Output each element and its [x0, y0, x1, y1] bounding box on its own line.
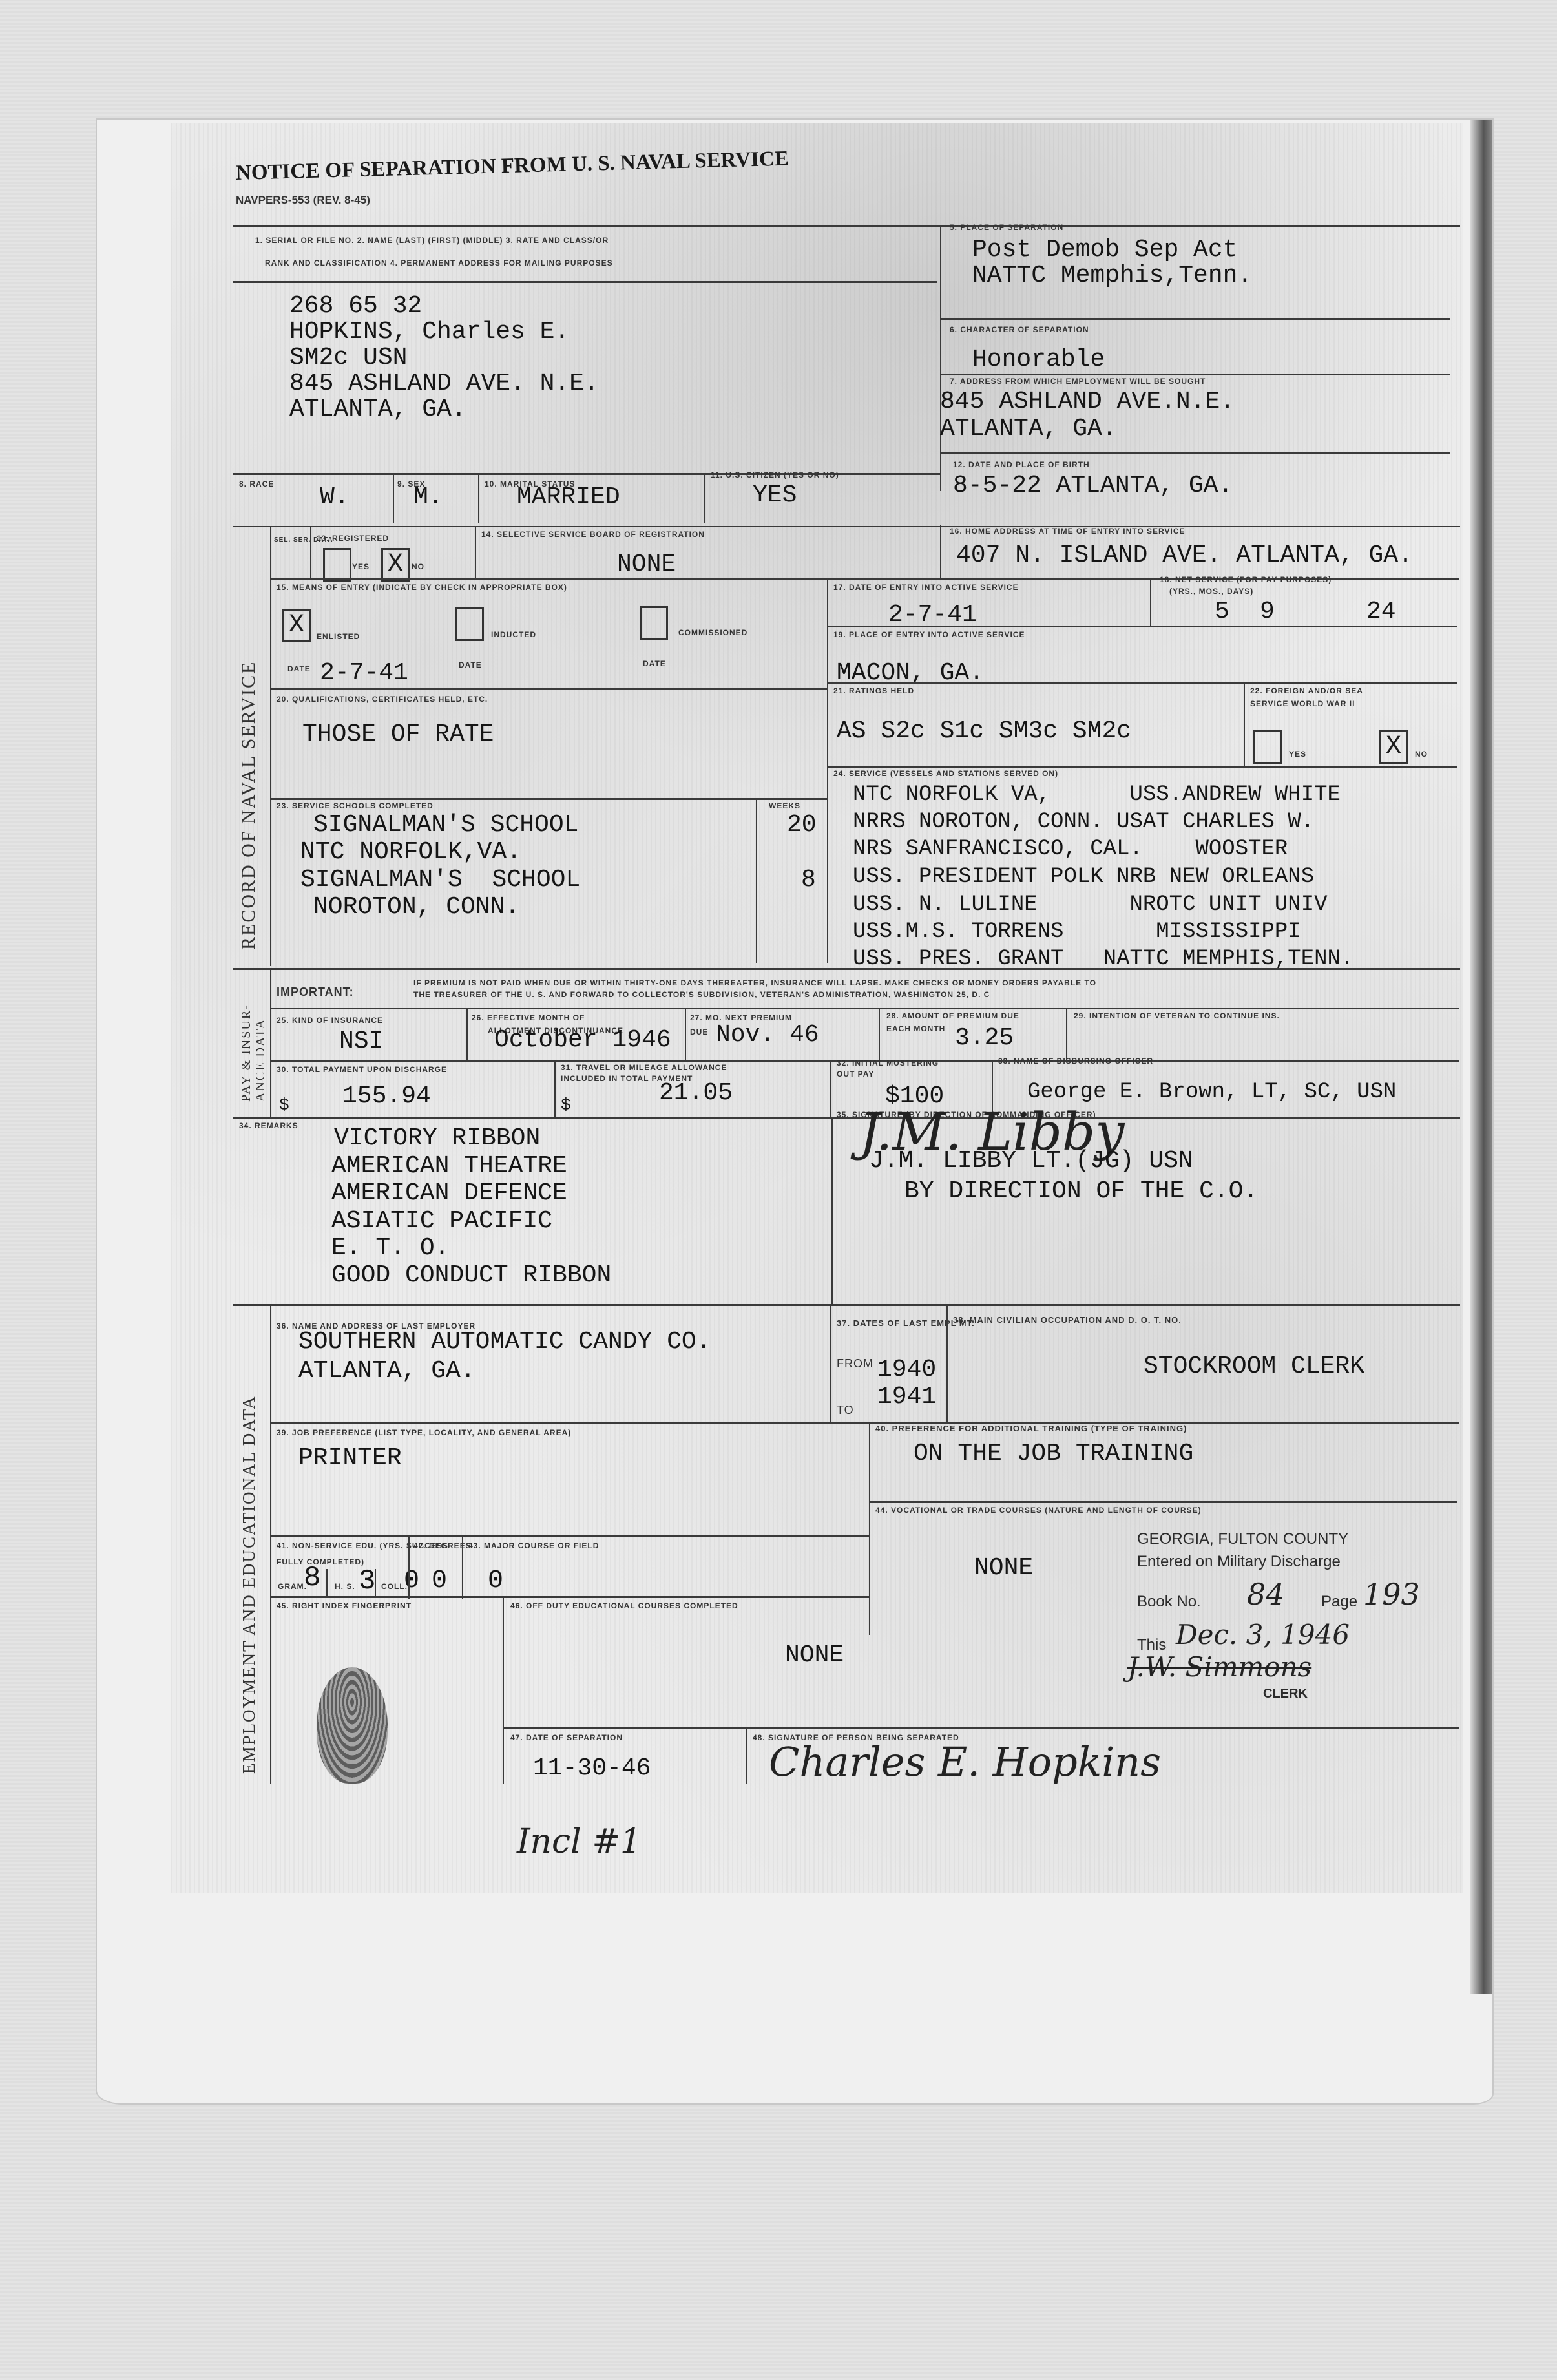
divider	[270, 1535, 869, 1537]
remark-3: AMERICAN DEFENCE	[331, 1179, 567, 1208]
label-job-preference: 39. JOB PREFERENCE (LIST TYPE, LOCALITY,…	[277, 1428, 571, 1437]
section-label-naval-service: RECORD OF NAVAL SERVICE	[238, 661, 260, 950]
mailing-address-line2: ATLANTA, GA.	[289, 395, 466, 424]
form-number: NAVPERS-553 (REV. 8-45)	[236, 194, 370, 207]
divider	[233, 968, 1460, 973]
fingerprint-image	[317, 1667, 388, 1784]
school-1-location: NTC NORFOLK,VA.	[300, 838, 521, 867]
label-travel-1: 31. TRAVEL OR MILEAGE ALLOWANCE	[561, 1063, 727, 1072]
divider	[270, 1422, 1459, 1424]
label-race: 8. RACE	[239, 479, 274, 489]
label-character: 6. CHARACTER OF SEPARATION	[950, 325, 1089, 334]
label-employment-address: 7. ADDRESS FROM WHICH EMPLOYMENT WILL BE…	[950, 377, 1206, 386]
label-vocational: 44. VOCATIONAL OR TRADE COURSES (NATURE …	[875, 1506, 1202, 1515]
ratings-value: AS S2c S1c SM3c SM2c	[837, 717, 1131, 746]
divider	[233, 225, 1460, 229]
net-service-days: 24	[1366, 598, 1396, 626]
remark-6: GOOD CONDUCT RIBBON	[331, 1261, 611, 1290]
label-birth: 12. DATE AND PLACE OF BIRTH	[953, 460, 1090, 469]
label-intention: 29. INTENTION OF VETERAN TO CONTINUE INS…	[1074, 1011, 1280, 1020]
label-gram: GRAM.	[278, 1582, 307, 1591]
stamp-date: Dec. 3, 1946	[1176, 1619, 1350, 1650]
label-weeks: WEEKS	[769, 801, 800, 810]
important-text-1: IF PREMIUM IS NOT PAID WHEN DUE OR WITHI…	[413, 978, 1096, 987]
label-premium-amount-2: EACH MONTH	[886, 1024, 945, 1033]
label-occupation: 38. MAIN CIVILIAN OCCUPATION AND D. O. T…	[953, 1315, 1182, 1325]
label-foreign-no: NO	[1415, 750, 1428, 759]
net-service-years: 5	[1215, 598, 1229, 626]
divider	[830, 1305, 831, 1422]
stamp-county: GEORGIA, FULTON COUNTY	[1137, 1530, 1348, 1548]
service-line-1: NTC NORFOLK VA, USS.ANDREW WHITE	[853, 781, 1341, 809]
label-ratings: 21. RATINGS HELD	[833, 686, 914, 695]
total-payment-value: 155.94	[342, 1082, 431, 1111]
serial-number: 268 65 32	[289, 292, 422, 321]
label-fingerprint: 45. RIGHT INDEX FINGERPRINT	[277, 1601, 412, 1610]
vocational-value: NONE	[974, 1554, 1033, 1583]
service-line-3: NRS SANFRANCISCO, CAL. WOOSTER	[853, 835, 1288, 863]
label-citizen: 11. U.S. CITIZEN (YES OR NO)	[711, 470, 839, 479]
divider	[940, 525, 941, 580]
inducted-checkbox[interactable]	[455, 607, 484, 641]
stamp-page-label: Page	[1321, 1593, 1357, 1611]
divider	[940, 318, 1450, 320]
commissioned-checkbox[interactable]	[640, 606, 668, 640]
off-duty-value: NONE	[785, 1641, 844, 1670]
label-commissioned: COMMISSIONED	[678, 628, 747, 637]
clerk-signature: J.W. Simmons	[1127, 1651, 1311, 1683]
mailing-address-line1: 845 ASHLAND AVE. N.E.	[289, 370, 599, 398]
label-qualifications: 20. QUALIFICATIONS, CERTIFICATES HELD, E…	[277, 695, 488, 704]
registered-no-checkbox[interactable]: X	[381, 548, 410, 582]
job-preference-value: PRINTER	[298, 1444, 402, 1473]
label-field-4: RANK AND CLASSIFICATION 4. PERMANENT ADD…	[265, 258, 613, 268]
employment-address-line1: 845 ASHLAND AVE.N.E.	[940, 388, 1235, 416]
label-total-payment: 30. TOTAL PAYMENT UPON DISCHARGE	[277, 1065, 447, 1074]
gram-value: 8	[304, 1564, 320, 1592]
sex-value: M.	[413, 483, 443, 512]
school-2-name: SIGNALMAN'S SCHOOL	[300, 866, 580, 894]
label-remarks: 34. REMARKS	[239, 1121, 298, 1130]
label-place-entry: 19. PLACE OF ENTRY INTO ACTIVE SERVICE	[833, 630, 1025, 639]
remark-2: AMERICAN THEATRE	[331, 1152, 567, 1181]
stamp-page-value: 193	[1363, 1577, 1420, 1612]
next-premium-value: Nov. 46	[716, 1021, 819, 1049]
last-employer-line2: ATLANTA, GA.	[298, 1357, 475, 1385]
label-off-duty: 46. OFF DUTY EDUCATIONAL COURSES COMPLET…	[510, 1601, 738, 1610]
divider	[466, 1008, 468, 1060]
divider	[462, 1535, 463, 1599]
important-label: IMPORTANT:	[277, 985, 354, 999]
remark-4: ASIATIC PACIFIC	[331, 1207, 552, 1236]
divider	[1150, 578, 1151, 627]
divider	[827, 578, 828, 963]
home-address-value: 407 N. ISLAND AVE. ATLANTA, GA.	[956, 542, 1413, 570]
label-net-service: 18. NET SERVICE (FOR PAY PURPOSES)	[1160, 575, 1332, 584]
divider	[233, 1784, 1460, 1788]
divider	[685, 1008, 686, 1060]
empl-to-value: 1941	[877, 1383, 936, 1411]
person-handwritten-signature: Charles E. Hopkins	[769, 1738, 1161, 1785]
divider	[503, 1596, 504, 1784]
label-foreign-1: 22. FOREIGN AND/OR SEA	[1250, 686, 1363, 695]
divider	[270, 1596, 869, 1598]
remark-5: E. T. O.	[331, 1234, 449, 1263]
premium-amount-value: 3.25	[955, 1024, 1014, 1053]
selective-board-value: NONE	[617, 551, 676, 579]
divider	[869, 1422, 870, 1635]
divider	[503, 1727, 1459, 1729]
divider	[393, 473, 394, 523]
divider	[869, 1501, 1457, 1503]
label-from: FROM	[837, 1357, 873, 1371]
occupation-value: STOCKROOM CLERK	[1144, 1353, 1364, 1381]
label-registered-yes: YES	[352, 562, 370, 571]
school-2-location: NOROTON, CONN.	[313, 893, 519, 921]
race-value: W.	[320, 483, 350, 512]
label-disbursing: 33. NAME OF DISBURSING OFFICER	[998, 1057, 1153, 1066]
separation-date-value: 11-30-46	[533, 1754, 651, 1783]
school-2-weeks: 8	[801, 866, 816, 894]
label-means-entry: 15. MEANS OF ENTRY (INDICATE BY CHECK IN…	[277, 583, 567, 592]
registered-yes-checkbox[interactable]	[323, 548, 351, 582]
divider	[233, 281, 937, 283]
divider	[478, 473, 479, 523]
service-line-4: USS. PRESIDENT POLK NRB NEW ORLEANS	[853, 863, 1314, 891]
service-line-6: USS.M.S. TORRENS MISSISSIPPI	[853, 918, 1301, 946]
allotment-value: October 1946	[494, 1026, 671, 1055]
label-fields-1-3: 1. SERIAL OR FILE NO. 2. NAME (LAST) (FI…	[255, 236, 609, 245]
insurance-kind-value: NSI	[339, 1027, 383, 1056]
label-enlisted: ENLISTED	[317, 632, 360, 641]
footer-handwritten-note: Incl #1	[517, 1822, 642, 1861]
co-name: J.M. LIBBY LT.(JG) USN	[869, 1147, 1193, 1175]
divider	[270, 527, 271, 966]
divider	[746, 1727, 747, 1784]
marital-value: MARRIED	[517, 483, 620, 512]
divider	[233, 1304, 1460, 1309]
place-separation-line1: Post Demob Sep Act	[972, 236, 1237, 264]
label-training: 40. PREFERENCE FOR ADDITIONAL TRAINING (…	[875, 1424, 1187, 1433]
label-net-service-sub: (YRS., MOS., DAYS)	[1169, 587, 1253, 596]
label-registered: 13. REGISTERED	[317, 534, 389, 543]
school-1-weeks: 20	[787, 811, 817, 839]
section-label-employment: EMPLOYMENT AND EDUCATIONAL DATA	[239, 1395, 259, 1774]
label-service-vessels: 24. SERVICE (VESSELS AND STATIONS SERVED…	[833, 769, 1058, 778]
label-insurance-kind: 25. KIND OF INSURANCE	[277, 1016, 383, 1025]
divider	[270, 688, 827, 690]
place-separation-line2: NATTC Memphis,Tenn.	[972, 262, 1252, 290]
label-premium-amount-1: 28. AMOUNT OF PREMIUM DUE	[886, 1011, 1019, 1020]
full-name: HOPKINS, Charles E.	[289, 318, 569, 346]
divider	[827, 682, 1457, 684]
divider	[946, 1305, 948, 1422]
label-home-address: 16. HOME ADDRESS AT TIME OF ENTRY INTO S…	[950, 527, 1186, 536]
foreign-no-checkbox[interactable]: X	[1379, 730, 1408, 764]
character-of-separation: Honorable	[972, 346, 1105, 374]
divider	[827, 766, 1457, 768]
label-service-schools: 23. SERVICE SCHOOLS COMPLETED	[277, 801, 434, 810]
divider	[830, 1060, 831, 1118]
divider	[233, 525, 1460, 529]
net-service-months: 9	[1260, 598, 1275, 626]
label-place-separation: 5. PLACE OF SEPARATION	[950, 223, 1063, 232]
travel-currency: $	[561, 1091, 571, 1119]
divider	[408, 1535, 410, 1599]
major-value: 0	[488, 1567, 503, 1595]
label-separation-date: 47. DATE OF SEPARATION	[510, 1733, 623, 1742]
divider	[270, 1305, 271, 1784]
label-foreign-2: SERVICE WORLD WAR II	[1250, 699, 1355, 708]
divider	[326, 1569, 328, 1598]
enlisted-checkbox[interactable]: X	[282, 609, 311, 642]
label-entry-date: 17. DATE OF ENTRY INTO ACTIVE SERVICE	[833, 583, 1019, 592]
qualifications-value: THOSE OF RATE	[302, 721, 494, 749]
stamp-book-value: 84	[1247, 1577, 1285, 1612]
divider	[270, 969, 271, 1118]
divider	[756, 798, 757, 963]
service-line-2: NRRS NOROTON, CONN. USAT CHARLES W.	[853, 808, 1314, 836]
employment-address-line2: ATLANTA, GA.	[940, 415, 1117, 443]
co-direction: BY DIRECTION OF THE C.O.	[904, 1177, 1258, 1206]
training-value: ON THE JOB TRAINING	[914, 1440, 1193, 1468]
empl-from-value: 1940	[877, 1356, 936, 1384]
label-mustering-2: OUT PAY	[837, 1069, 874, 1079]
remark-1: VICTORY RIBBON	[334, 1124, 540, 1153]
label-mustering-1: 32. INITIAL MUSTERING	[837, 1058, 939, 1068]
divider	[940, 226, 941, 491]
divider	[831, 1117, 833, 1304]
citizen-value: YES	[753, 481, 797, 510]
birth-date-place: 8-5-22 ATLANTA, GA.	[953, 472, 1233, 500]
label-to: TO	[837, 1404, 854, 1417]
service-line-5: USS. N. LULINE NROTC UNIT UNIV	[853, 890, 1328, 919]
total-payment-currency: $	[279, 1091, 289, 1119]
foreign-yes-checkbox[interactable]	[1253, 730, 1282, 764]
label-inducted-date: DATE	[459, 660, 482, 669]
important-text-2: THE TREASURER OF THE U. S. AND FORWARD T…	[413, 990, 990, 999]
label-commissioned-date: DATE	[643, 659, 666, 668]
divider	[1244, 682, 1245, 766]
label-enlisted-date: DATE	[287, 664, 311, 673]
rate-class: SM2c USN	[289, 344, 407, 372]
label-inducted: INDUCTED	[491, 630, 536, 639]
stamp-clerk-label: CLERK	[1263, 1687, 1308, 1701]
enlisted-date-value: 2-7-41	[320, 659, 408, 688]
degrees-value: 0	[432, 1567, 447, 1595]
section-label-pay-insurance: PAY & INSUR- ANCE DATA	[239, 973, 267, 1102]
coll-value: 0	[404, 1567, 419, 1595]
label-foreign-yes: YES	[1289, 750, 1306, 759]
divider	[940, 374, 1450, 375]
label-major: 43. MAJOR COURSE OR FIELD	[468, 1541, 599, 1550]
label-selective-board: 14. SELECTIVE SERVICE BOARD OF REGISTRAT…	[481, 530, 705, 539]
stamp-entered: Entered on Military Discharge	[1137, 1553, 1341, 1571]
divider	[879, 1008, 880, 1060]
divider	[375, 1569, 376, 1598]
hs-value: 3	[359, 1567, 375, 1595]
divider	[270, 1007, 1459, 1011]
divider	[827, 626, 1457, 627]
divider	[940, 452, 1450, 454]
stamp-book-label: Book No.	[1137, 1593, 1201, 1611]
divider	[475, 527, 476, 578]
divider	[270, 798, 827, 800]
travel-value: 21.05	[659, 1079, 733, 1108]
label-registered-no: NO	[412, 562, 424, 571]
school-1-name: SIGNALMAN'S SCHOOL	[313, 811, 578, 839]
last-employer-line1: SOUTHERN AUTOMATIC CANDY CO.	[298, 1328, 711, 1356]
divider	[704, 473, 705, 523]
divider	[1066, 1008, 1067, 1060]
divider	[554, 1060, 556, 1118]
label-allotment-1: 26. EFFECTIVE MONTH OF	[472, 1013, 585, 1022]
label-next-premium-2: DUE	[690, 1027, 708, 1037]
label-hs: H. S.	[335, 1582, 355, 1591]
divider	[310, 527, 311, 578]
